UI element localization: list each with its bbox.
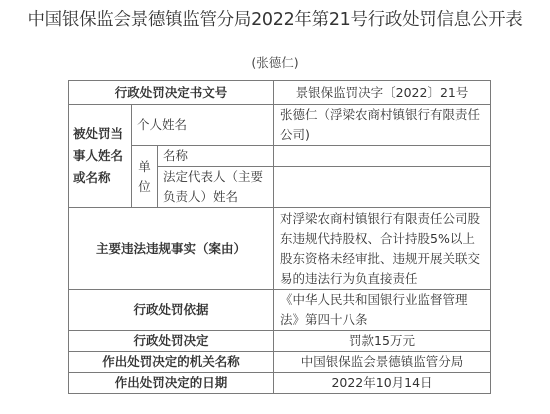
violation-facts-label: 主要违法违规事实（案由） [69,208,274,290]
table-row-decision-number: 行政处罚决定书文号 景银保监罚决字〔2022〕21号 [69,81,491,105]
page-title: 中国银保监会景德镇监管分局2022年第21号行政处罚信息公开表 [0,8,550,32]
authority-value: 中国银保监会景德镇监管分局 [274,352,491,373]
table-row-decision-date: 作出处罚决定的日期 2022年10月14日 [69,373,491,394]
table-row-penalty-decision: 行政处罚决定 罚款15万元 [69,331,491,352]
authority-label: 作出处罚决定的机关名称 [69,352,274,373]
subtitle-party-name: (张德仁) [0,54,550,72]
decision-number-label: 行政处罚决定书文号 [69,81,274,105]
penalty-decision-value: 罚款15万元 [274,331,491,352]
penalty-basis-label: 行政处罚依据 [69,290,274,331]
violation-facts-value: 对浮梁农商村镇银行有限责任公司股东违规代持股权、合计持股5%以上股东资格未经审批… [274,208,491,290]
individual-name-value: 张德仁（浮梁农商村镇银行有限责任公司) [274,105,491,146]
table-row-individual-name: 被处罚当事人姓名或名称 个人姓名 张德仁（浮梁农商村镇银行有限责任公司) [69,105,491,146]
penalty-info-table: 行政处罚决定书文号 景银保监罚决字〔2022〕21号 被处罚当事人姓名或名称 个… [68,80,491,394]
unit-label: 单位 [132,146,158,208]
unit-name-value [274,146,491,167]
unit-name-label: 名称 [158,146,274,167]
individual-name-label: 个人姓名 [132,105,274,146]
table-row-authority: 作出处罚决定的机关名称 中国银保监会景德镇监管分局 [69,352,491,373]
decision-date-label: 作出处罚决定的日期 [69,373,274,394]
party-group-label: 被处罚当事人姓名或名称 [69,105,132,208]
table-row-unit-name: 单位 名称 [69,146,491,167]
legal-rep-value [274,167,491,208]
table-row-violation-facts: 主要违法违规事实（案由） 对浮梁农商村镇银行有限责任公司股东违规代持股权、合计持… [69,208,491,290]
table-row-penalty-basis: 行政处罚依据 《中华人民共和国银行业监督管理法》第四十八条 [69,290,491,331]
penalty-basis-value: 《中华人民共和国银行业监督管理法》第四十八条 [274,290,491,331]
decision-number-value: 景银保监罚决字〔2022〕21号 [274,81,491,105]
penalty-decision-label: 行政处罚决定 [69,331,274,352]
decision-date-value: 2022年10月14日 [274,373,491,394]
legal-rep-label: 法定代表人（主要负责人）姓名 [158,167,274,208]
